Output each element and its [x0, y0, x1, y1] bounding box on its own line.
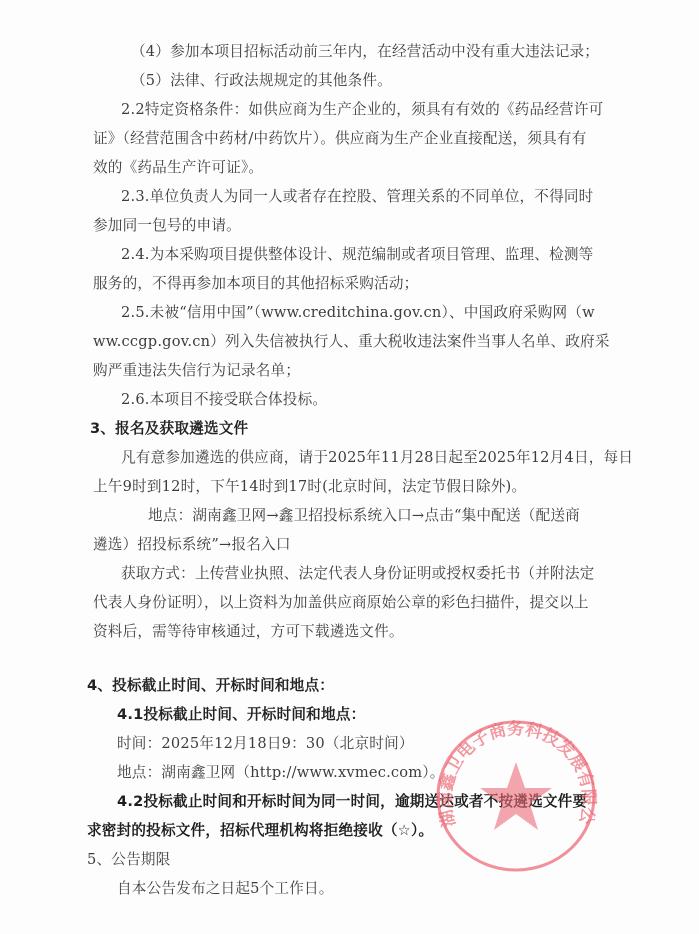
document-line: 4、投标截止时间、开标时间和地点： — [87, 676, 597, 696]
document-line: 凡有意参加遴选的供应商，请于2025年11月28日起至2025年12月4日，每日 — [121, 448, 631, 468]
document-line: 2.4.为本采购项目提供整体设计、规范编制或者项目管理、监理、检测等 — [121, 245, 631, 265]
document-line: 2.3.单位负责人为同一人或者存在控股、管理关系的不同单位，不得同时 — [121, 187, 631, 207]
document-line: 4.2投标截止时间和开标时间为同一时间，逾期送达或者不按遴选文件要 — [117, 792, 627, 812]
document-line: 效的《药品生产许可证》。 — [93, 158, 603, 178]
document-line: （5）法律、行政法规规定的其他条件。 — [131, 71, 641, 91]
document-line: 资料后，需等待审核通过，方可下载遴选文件。 — [93, 622, 603, 642]
document-line: 遴选）招投标系统”→报名入口 — [93, 535, 603, 555]
document-line: 地点：湖南鑫卫网→鑫卫招投标系统入口→点击“集中配送（配送商 — [148, 506, 658, 526]
document-line: 代表人身份证明），以上资料为加盖供应商原始公章的彩色扫描件，提交以上 — [93, 593, 603, 613]
document-line: 上午9时到12时，下午14时到17时(北京时间，法定节假日除外)。 — [93, 477, 603, 497]
document-line: 证》（经营范围含中药材/中药饮片）。供应商为生产企业直接配送，须具有有 — [93, 129, 603, 149]
document-page: （4）参加本项目招标活动前三年内，在经营活动中没有重大违法记录；（5）法律、行政… — [0, 0, 699, 934]
document-line: 参加同一包号的申请。 — [93, 216, 603, 236]
document-line: 2.2特定资格条件：如供应商为生产企业的，须具有有效的《药品经营许可 — [121, 100, 631, 120]
document-line: 获取方式：上传营业执照、法定代表人身份证明或授权委托书（并附法定 — [121, 564, 631, 584]
document-line: （4）参加本项目招标活动前三年内，在经营活动中没有重大违法记录； — [131, 42, 641, 62]
document-line: 4.1投标截止时间、开标时间和地点： — [117, 705, 627, 725]
document-line: 时间：2025年12月18日9：30（北京时间） — [117, 734, 627, 754]
document-line: 自本公告发布之日起5个工作日。 — [117, 879, 627, 899]
document-line: 服务的，不得再参加本项目的其他招标采购活动； — [93, 274, 603, 294]
document-line: ww.ccgp.gov.cn）列入失信被执行人、重大税收违法案件当事人名单、政府… — [93, 332, 603, 352]
document-line: 2.5.未被“信用中国”（www.creditchina.gov.cn）、中国政… — [121, 303, 631, 323]
document-line: 求密封的投标文件，招标代理机构将拒绝接收（☆）。 — [87, 821, 597, 841]
document-line: 5、公告期限 — [87, 850, 597, 870]
document-line: 2.6.本项目不接受联合体投标。 — [121, 390, 631, 410]
document-line: 3、报名及获取遴选文件 — [90, 419, 600, 439]
document-line: 购严重违法失信行为记录名单； — [93, 361, 603, 381]
document-line: 地点：湖南鑫卫网（http://www.xvmec.com）。 — [117, 763, 627, 783]
